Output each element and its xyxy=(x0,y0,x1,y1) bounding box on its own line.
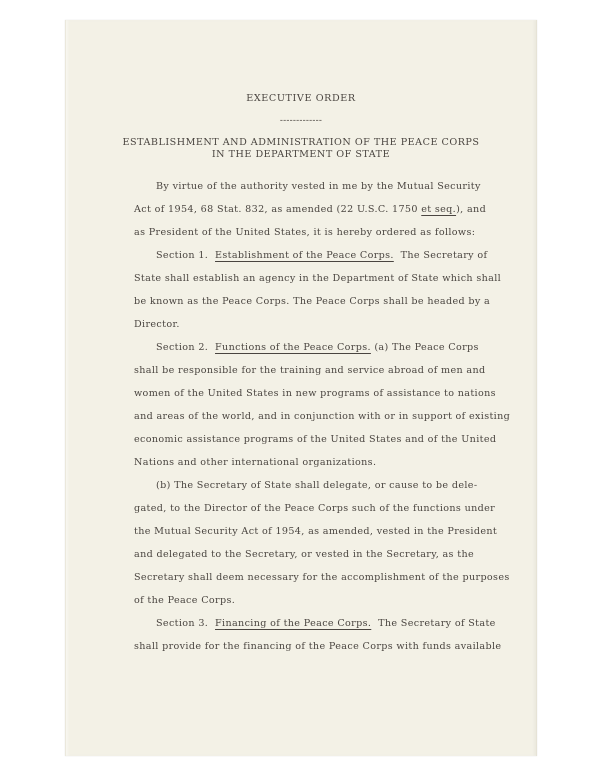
order-heading-line-2: IN THE DEPARTMENT OF STATE xyxy=(66,149,536,160)
section-2b-line-5: Secretary shall deem necessary for the a… xyxy=(134,572,474,583)
document-page: EXECUTIVE ORDER ------------- ESTABLISHM… xyxy=(65,20,537,756)
section-3-label: Section 3. xyxy=(156,618,208,629)
section-2-line-4: and areas of the world, and in conjuncti… xyxy=(134,411,474,422)
section-2-line-5: economic assistance programs of the Unit… xyxy=(134,434,474,445)
preamble-line-3: as President of the United States, it is… xyxy=(134,227,474,238)
section-1-line-4: Director. xyxy=(134,319,474,330)
preamble-line-2: Act of 1954, 68 Stat. 832, as amended (2… xyxy=(134,204,474,215)
section-2b-line-6: of the Peace Corps. xyxy=(134,595,474,606)
title-separator: ------------- xyxy=(66,116,536,126)
section-3-title: Financing of the Peace Corps. xyxy=(215,618,371,629)
section-2b-line-2: gated, to the Director of the Peace Corp… xyxy=(134,503,474,514)
section-1-line-3: be known as the Peace Corps. The Peace C… xyxy=(134,296,474,307)
et-seq-underlined: et seq. xyxy=(421,204,456,215)
section-2b-line-3: the Mutual Security Act of 1954, as amen… xyxy=(134,526,474,537)
section-2b-line-4: and delegated to the Secretary, or veste… xyxy=(134,549,474,560)
section-2-label: Section 2. xyxy=(156,342,208,353)
section-3-line-1-tail: The Secretary of State xyxy=(378,618,496,629)
section-1-line-1-tail: The Secretary of xyxy=(401,250,488,261)
section-2b-line-1: (b) The Secretary of State shall delegat… xyxy=(156,480,474,491)
section-2-line-1: Section 2. Functions of the Peace Corps.… xyxy=(156,342,474,353)
section-3-line-1: Section 3. Financing of the Peace Corps.… xyxy=(156,618,474,629)
document-title: EXECUTIVE ORDER xyxy=(66,93,536,104)
section-1-line-2: State shall establish an agency in the D… xyxy=(134,273,474,284)
section-1-line-1: Section 1. Establishment of the Peace Co… xyxy=(156,250,474,261)
section-2-line-3: women of the United States in new progra… xyxy=(134,388,474,399)
section-2-line-6: Nations and other international organiza… xyxy=(134,457,474,468)
order-heading-line-1: ESTABLISHMENT AND ADMINISTRATION OF THE … xyxy=(66,137,536,148)
section-2-line-2: shall be responsible for the training an… xyxy=(134,365,474,376)
preamble-line-2-text: Act of 1954, 68 Stat. 832, as amended (2… xyxy=(134,204,418,215)
section-1-title: Establishment of the Peace Corps. xyxy=(215,250,394,261)
section-2-title: Functions of the Peace Corps. xyxy=(215,342,371,353)
section-1-label: Section 1. xyxy=(156,250,208,261)
preamble-line-2-tail: ), and xyxy=(456,204,486,215)
section-2-line-1-tail: (a) The Peace Corps xyxy=(374,342,479,353)
section-3-line-2: shall provide for the financing of the P… xyxy=(134,641,474,652)
preamble-line-1: By virtue of the authority vested in me … xyxy=(156,181,474,192)
